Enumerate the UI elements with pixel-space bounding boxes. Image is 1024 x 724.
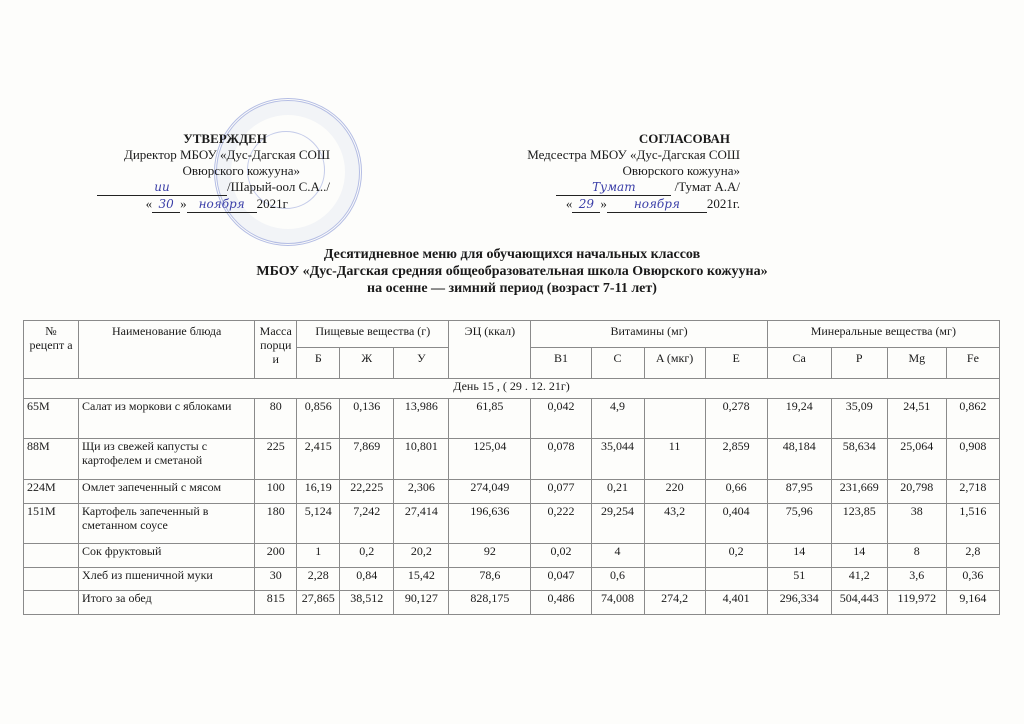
- cell-a: 11: [644, 439, 705, 480]
- cell-c: 29,254: [591, 504, 644, 544]
- approval-month: ноября: [199, 197, 245, 211]
- cell-b: 0,856: [297, 399, 340, 439]
- agreement-signature: Тумат: [592, 180, 635, 194]
- header-protein: Б: [297, 348, 340, 379]
- agreement-org: Овюрского кожууна»: [470, 163, 740, 179]
- header-mg: Mg: [887, 348, 946, 379]
- cell-zh: 0,2: [340, 544, 394, 568]
- cell-p: 123,85: [831, 504, 887, 544]
- cell-e: 4,401: [705, 591, 767, 615]
- cell-c: 4,9: [591, 399, 644, 439]
- cell-code: 151М: [24, 504, 79, 544]
- cell-p: 231,669: [831, 480, 887, 504]
- cell-b: 27,865: [297, 591, 340, 615]
- menu-table: № рецепт а Наименование блюда Масса порц…: [23, 320, 1000, 615]
- cell-name: Картофель запеченный в сметанном соусе: [79, 504, 255, 544]
- header-fat: Ж: [340, 348, 394, 379]
- cell-mg: 20,798: [887, 480, 946, 504]
- header-minerals: Минеральные вещества (мг): [767, 321, 999, 348]
- header-p: P: [831, 348, 887, 379]
- cell-code: 224М: [24, 480, 79, 504]
- agreement-signature-line: Тумат: [556, 179, 671, 196]
- header-e: E: [705, 348, 767, 379]
- cell-b1: 0,077: [531, 480, 591, 504]
- table-row: 151МКартофель запеченный в сметанном соу…: [24, 504, 1000, 544]
- agreement-signer: /Тумат А.А/: [675, 179, 740, 194]
- cell-mg: 25,064: [887, 439, 946, 480]
- cell-zh: 22,225: [340, 480, 394, 504]
- approval-year: 2021г: [257, 196, 288, 211]
- cell-mass: 200: [255, 544, 297, 568]
- cell-c: 4: [591, 544, 644, 568]
- approval-signer: /Шарый-оол С.А../: [227, 179, 330, 194]
- cell-fe: 2,8: [946, 544, 999, 568]
- cell-c: 0,6: [591, 568, 644, 591]
- cell-name: Хлеб из пшеничной муки: [79, 568, 255, 591]
- cell-mass: 815: [255, 591, 297, 615]
- header-b1: B1: [531, 348, 591, 379]
- cell-kcal: 274,049: [449, 480, 531, 504]
- table-row: 88МЩи из свежей капусты с картофелем и с…: [24, 439, 1000, 480]
- cell-a: [644, 568, 705, 591]
- cell-code: [24, 591, 79, 615]
- cell-c: 35,044: [591, 439, 644, 480]
- approval-block: УТВЕРЖДЕН Директор МБОУ «Дус-Дагская СОШ…: [60, 131, 330, 213]
- cell-kcal: 828,175: [449, 591, 531, 615]
- cell-fe: 0,36: [946, 568, 999, 591]
- cell-b1: 0,222: [531, 504, 591, 544]
- agreement-month: ноября: [634, 197, 680, 211]
- cell-c: 0,21: [591, 480, 644, 504]
- cell-b: 2,415: [297, 439, 340, 480]
- table-row: Хлеб из пшеничной муки302,280,8415,4278,…: [24, 568, 1000, 591]
- approval-signature-line: ии: [97, 179, 227, 196]
- cell-fe: 2,718: [946, 480, 999, 504]
- cell-p: 14: [831, 544, 887, 568]
- cell-b: 1: [297, 544, 340, 568]
- header-a: A (мкг): [644, 348, 705, 379]
- cell-b: 2,28: [297, 568, 340, 591]
- cell-name: Сок фруктовый: [79, 544, 255, 568]
- cell-code: [24, 568, 79, 591]
- total-row: Итого за обед81527,86538,51290,127828,17…: [24, 591, 1000, 615]
- document-title: Десятидневное меню для обучающихся начал…: [0, 246, 1024, 297]
- cell-mass: 30: [255, 568, 297, 591]
- cell-a: [644, 544, 705, 568]
- cell-mg: 8: [887, 544, 946, 568]
- cell-ca: 75,96: [767, 504, 831, 544]
- cell-kcal: 61,85: [449, 399, 531, 439]
- day-label: День 15 , ( 29 . 12. 21г): [24, 379, 1000, 399]
- cell-fe: 0,862: [946, 399, 999, 439]
- cell-mass: 100: [255, 480, 297, 504]
- cell-ca: 14: [767, 544, 831, 568]
- cell-u: 20,2: [394, 544, 449, 568]
- header-vitamins: Витамины (мг): [531, 321, 767, 348]
- cell-e: 0,66: [705, 480, 767, 504]
- cell-ca: 296,334: [767, 591, 831, 615]
- cell-e: 0,404: [705, 504, 767, 544]
- cell-u: 13,986: [394, 399, 449, 439]
- agreement-year: 2021г.: [707, 196, 740, 211]
- cell-zh: 0,136: [340, 399, 394, 439]
- cell-kcal: 78,6: [449, 568, 531, 591]
- header-ca: Ca: [767, 348, 831, 379]
- cell-code: 65М: [24, 399, 79, 439]
- cell-a: 43,2: [644, 504, 705, 544]
- header-nutrients: Пищевые вещества (г): [297, 321, 449, 348]
- cell-fe: 1,516: [946, 504, 999, 544]
- header-fe: Fe: [946, 348, 999, 379]
- cell-mg: 24,51: [887, 399, 946, 439]
- title-line-1: Десятидневное меню для обучающихся начал…: [0, 246, 1024, 263]
- cell-name: Салат из моркови с яблоками: [79, 399, 255, 439]
- cell-b1: 0,02: [531, 544, 591, 568]
- cell-u: 10,801: [394, 439, 449, 480]
- cell-c: 74,008: [591, 591, 644, 615]
- agreement-position: Медсестра МБОУ «Дус-Дагская СОШ: [470, 147, 740, 163]
- cell-mg: 38: [887, 504, 946, 544]
- cell-b1: 0,078: [531, 439, 591, 480]
- cell-p: 41,2: [831, 568, 887, 591]
- cell-mass: 180: [255, 504, 297, 544]
- cell-ca: 19,24: [767, 399, 831, 439]
- cell-ca: 87,95: [767, 480, 831, 504]
- cell-p: 35,09: [831, 399, 887, 439]
- table-row: Сок фруктовый20010,220,2920,0240,2141482…: [24, 544, 1000, 568]
- cell-mass: 80: [255, 399, 297, 439]
- cell-p: 504,443: [831, 591, 887, 615]
- header-dish-name: Наименование блюда: [79, 321, 255, 379]
- cell-b1: 0,047: [531, 568, 591, 591]
- cell-fe: 9,164: [946, 591, 999, 615]
- cell-mg: 3,6: [887, 568, 946, 591]
- header-energy: ЭЦ (ккал): [449, 321, 531, 379]
- cell-b1: 0,486: [531, 591, 591, 615]
- approval-org: Овюрского кожууна»: [60, 163, 330, 179]
- cell-ca: 51: [767, 568, 831, 591]
- cell-u: 27,414: [394, 504, 449, 544]
- cell-e: [705, 568, 767, 591]
- cell-code: [24, 544, 79, 568]
- header-portion: Масса порци и: [255, 321, 297, 379]
- cell-a: 220: [644, 480, 705, 504]
- cell-zh: 38,512: [340, 591, 394, 615]
- cell-zh: 0,84: [340, 568, 394, 591]
- approval-day: 30: [159, 197, 174, 211]
- approval-position: Директор МБОУ «Дус-Дагская СОШ: [60, 147, 330, 163]
- cell-zh: 7,242: [340, 504, 394, 544]
- cell-fe: 0,908: [946, 439, 999, 480]
- agreement-day: 29: [579, 197, 594, 211]
- approval-heading: УТВЕРЖДЕН: [60, 131, 330, 147]
- cell-name: Щи из свежей капусты с картофелем и смет…: [79, 439, 255, 480]
- title-line-2: МБОУ «Дус-Дагская средняя общеобразовате…: [0, 263, 1024, 280]
- cell-b: 16,19: [297, 480, 340, 504]
- cell-u: 90,127: [394, 591, 449, 615]
- cell-kcal: 125,04: [449, 439, 531, 480]
- table-row: 65МСалат из моркови с яблоками800,8560,1…: [24, 399, 1000, 439]
- cell-a: [644, 399, 705, 439]
- cell-b1: 0,042: [531, 399, 591, 439]
- cell-a: 274,2: [644, 591, 705, 615]
- cell-name: Итого за обед: [79, 591, 255, 615]
- cell-name: Омлет запеченный с мясом: [79, 480, 255, 504]
- header-c: C: [591, 348, 644, 379]
- cell-code: 88М: [24, 439, 79, 480]
- cell-u: 15,42: [394, 568, 449, 591]
- agreement-block: СОГЛАСОВАН Медсестра МБОУ «Дус-Дагская С…: [470, 131, 740, 213]
- cell-p: 58,634: [831, 439, 887, 480]
- cell-e: 0,2: [705, 544, 767, 568]
- cell-ca: 48,184: [767, 439, 831, 480]
- agreement-heading: СОГЛАСОВАН: [470, 131, 740, 147]
- cell-u: 2,306: [394, 480, 449, 504]
- cell-mass: 225: [255, 439, 297, 480]
- title-line-3: на осенне — зимний период (возраст 7-11 …: [0, 280, 1024, 297]
- cell-mg: 119,972: [887, 591, 946, 615]
- cell-zh: 7,869: [340, 439, 394, 480]
- approval-signature: ии: [154, 180, 169, 194]
- table-row: 224МОмлет запеченный с мясом10016,1922,2…: [24, 480, 1000, 504]
- cell-kcal: 196,636: [449, 504, 531, 544]
- cell-kcal: 92: [449, 544, 531, 568]
- cell-b: 5,124: [297, 504, 340, 544]
- header-recipe-no: № рецепт а: [24, 321, 79, 379]
- cell-e: 0,278: [705, 399, 767, 439]
- header-carbs: У: [394, 348, 449, 379]
- cell-e: 2,859: [705, 439, 767, 480]
